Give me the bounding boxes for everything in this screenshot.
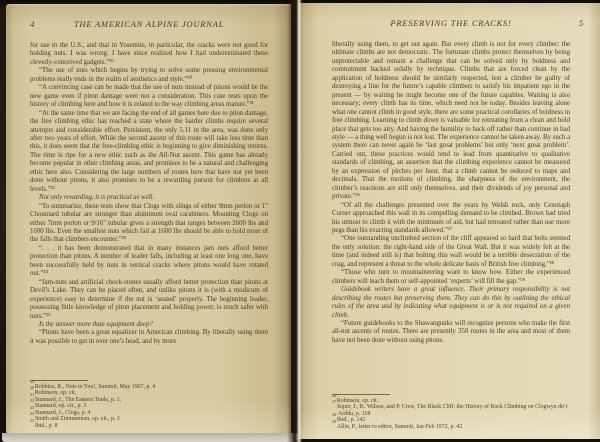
right-page-header: PRESERVING THE CRACKS! 5 xyxy=(332,18,570,30)
footnote: 25Ibid., p. 8 xyxy=(30,423,268,430)
footnote: 29Allin, P., letter to editor, Summit, J… xyxy=(332,424,570,431)
footnote-marker: 24 xyxy=(30,411,34,416)
footnote-marker: 25 xyxy=(30,418,34,423)
body-paragraph: “The use of nuts which begins by trying … xyxy=(30,67,268,84)
body-paragraph: Is the answer more than equipment deep? xyxy=(30,321,268,329)
footnote-text: Robinson, op. cit. xyxy=(35,390,76,396)
right-page: PRESERVING THE CRACKS! 5 liberally using… xyxy=(298,3,600,439)
body-paragraph: “To summarize, these tests show that Clo… xyxy=(30,203,268,245)
body-paragraph: “Of all the challenges presented over th… xyxy=(332,202,570,236)
right-page-number: 5 xyxy=(579,18,584,28)
footnote-rule xyxy=(332,394,390,395)
body-paragraph: liberally using them, to get out again. … xyxy=(332,41,570,202)
footnote-text: Allin, P., letter to editor, Summit, Jan… xyxy=(337,424,462,430)
body-paragraph: “. . . it has been demonstrated that in … xyxy=(30,245,268,279)
right-text-block: liberally using them, to get out again. … xyxy=(332,41,570,345)
left-running-title: THE AMERICAN ALPINE JOURNAL xyxy=(30,19,268,29)
body-paragraph: “A convincing case can be made that the … xyxy=(30,84,268,109)
footnote: 27Soper, J., K. Wilson, and P. Crew, The… xyxy=(332,404,570,417)
footnote-marker: 23 xyxy=(30,405,34,410)
body-paragraph: “Those who turn to mountaineering want t… xyxy=(332,269,570,286)
left-page-number: 4 xyxy=(30,19,35,29)
body-paragraph: “One outstanding unclimbed section of th… xyxy=(332,235,570,269)
body-paragraph: “Future guidebooks to the Shawangunks wi… xyxy=(332,320,570,345)
body-paragraph: “Pitons have been a great equalizer in A… xyxy=(30,329,268,346)
footnote-marker: 19 xyxy=(30,379,34,384)
footnote-text: Robinson, op. cit. xyxy=(337,398,378,404)
footnote-marker: 28 xyxy=(332,412,336,417)
body-paragraph: Not only rewarding, it is practical as w… xyxy=(30,194,268,202)
left-page: 4 THE AMERICAN ALPINE JOURNAL for use in… xyxy=(6,4,291,434)
footnote-marker: 20 xyxy=(30,385,34,390)
footnote-text: Stannard, J., The Eastern Trade, p. 1. xyxy=(35,397,121,403)
scanner-bed-edge xyxy=(2,433,298,442)
right-footnotes: 26Robinson, op. cit. 27Soper, J., K. Wil… xyxy=(332,394,570,430)
footnote-marker: 21 xyxy=(30,392,34,397)
footnote-text: Smith and Zimmerman, op. cit., p. 3 xyxy=(35,416,120,422)
body-paragraph: for use in the U.S., and that in Yosemit… xyxy=(30,42,268,67)
right-running-title: PRESERVING THE CRACKS! xyxy=(332,18,570,28)
left-page-header: 4 THE AMERICAN ALPINE JOURNAL xyxy=(30,19,268,31)
footnote-text: Stannard, op. cit., p. 3 xyxy=(35,403,86,409)
body-paragraph: “Jam-nuts and artificial chock-stones us… xyxy=(30,279,268,321)
footnote-text: Soper, J., K. Wilson, and P. Crew, The B… xyxy=(337,404,568,417)
footnote-marker: 27 xyxy=(332,399,336,404)
left-footnotes: 19Robbins, R., Nuts to You!, Summit, May… xyxy=(30,380,268,429)
footnote-text: Robbins, R., Nuts to You!, Summit, May 1… xyxy=(35,384,155,390)
footnote-text: Stannard, J., Clogs, p. 4 xyxy=(35,410,91,416)
footnote-text: Ibid., p. 142 xyxy=(337,417,365,423)
footnote-marker: 22 xyxy=(30,398,34,403)
page-gutter-shadow xyxy=(287,0,302,442)
book-scan: 4 THE AMERICAN ALPINE JOURNAL for use in… xyxy=(0,0,600,442)
left-text-block: for use in the U.S., and that in Yosemit… xyxy=(30,42,268,346)
right-footnote-list: 26Robinson, op. cit. 27Soper, J., K. Wil… xyxy=(332,398,570,431)
footnote-text: Ibid., p. 8 xyxy=(35,423,58,429)
body-paragraph: “At the same time that we are facing the… xyxy=(30,110,268,195)
footnote-marker: 26 xyxy=(332,393,336,398)
footnote-marker: 29 xyxy=(332,419,336,424)
footnote-rule xyxy=(30,380,88,381)
body-paragraph: Guidebook writers have a great influence… xyxy=(332,286,570,320)
left-footnote-list: 19Robbins, R., Nuts to You!, Summit, May… xyxy=(30,384,268,430)
